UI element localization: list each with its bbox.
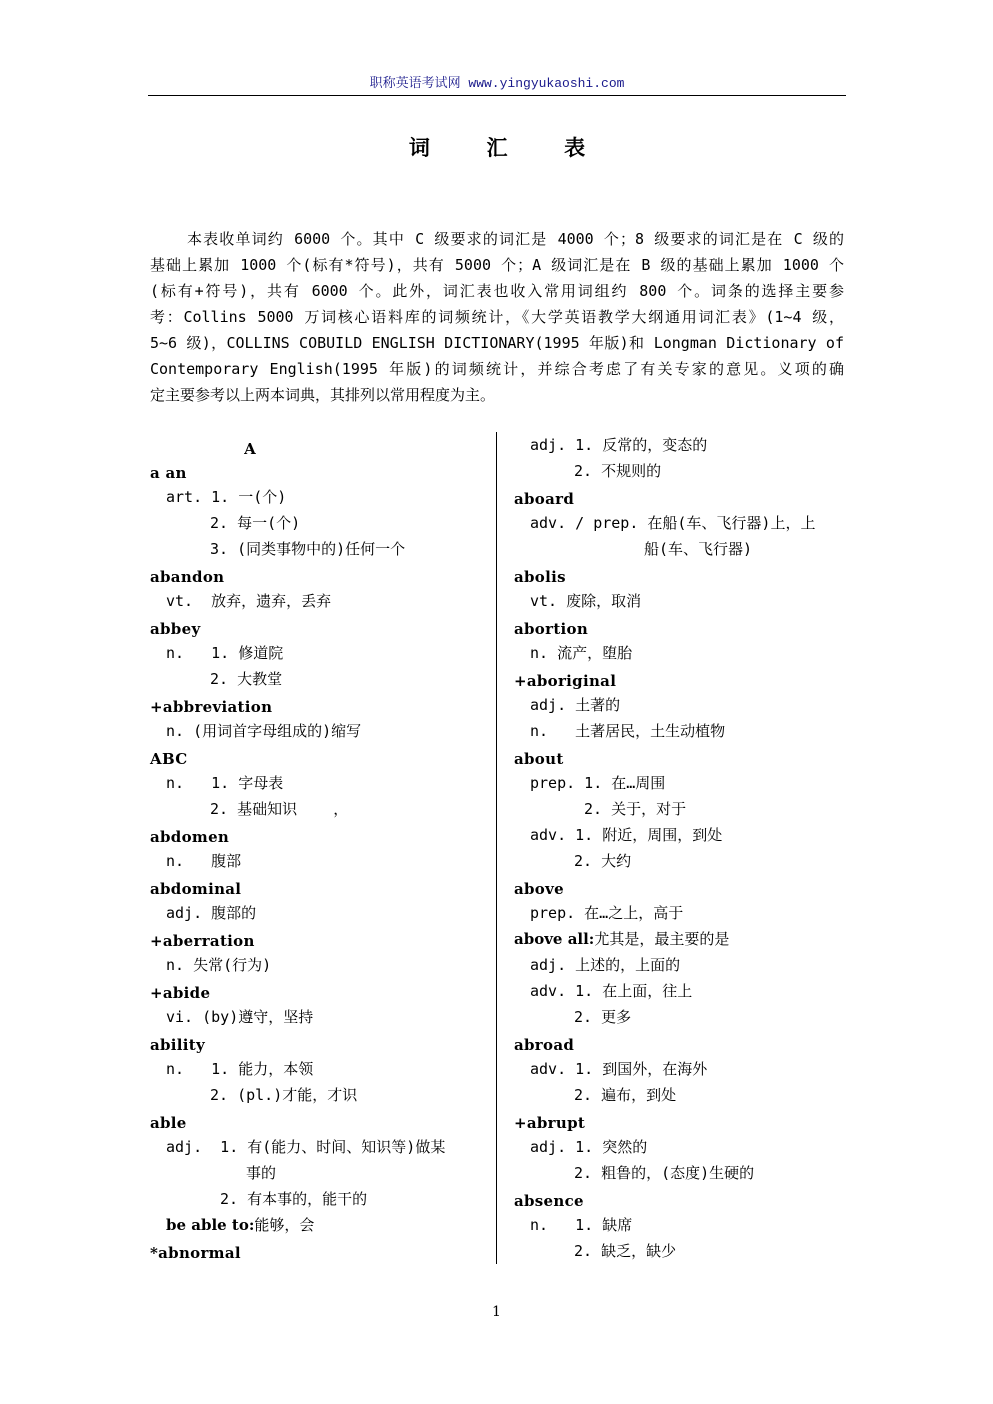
definition-line: vt. 放弃，遗弃，丢弃 <box>150 588 490 614</box>
definition-line: 2. (pl.)才能，才识 <box>150 1082 490 1108</box>
definition-line: prep. 在…之上，高于 <box>514 900 844 926</box>
vocab-entry: abbeyn. 1. 修道院2. 大教堂 <box>150 618 490 692</box>
headword: +abbreviation <box>150 696 490 718</box>
vocab-entry: abroadadv. 1. 到国外，在海外2. 遍布，到处 <box>514 1034 844 1108</box>
definition-line: 船(车、飞行器) <box>514 536 844 562</box>
definition-line: n. 1. 缺席 <box>514 1212 844 1238</box>
vocab-entry: a anart. 1. 一(个)2. 每一(个)3. (同类事物中的)任何一个 <box>150 462 490 562</box>
definition-line: n. 1. 字母表 <box>150 770 490 796</box>
intro-paragraph: 本表收单词约 6000 个。其中 C 级要求的词汇是 4000 个；8 级要求的… <box>150 226 844 408</box>
definition-line: 2. 有本事的，能干的 <box>150 1186 490 1212</box>
definition-line: n. (用词首字母组成的)缩写 <box>150 718 490 744</box>
definition-line: n. 1. 能力，本领 <box>150 1056 490 1082</box>
definition-line: adv. 1. 在上面，往上 <box>514 978 844 1004</box>
headword: +aberration <box>150 930 490 952</box>
vocab-column-left: A a anart. 1. 一(个)2. 每一(个)3. (同类事物中的)任何一… <box>150 432 490 1268</box>
definition-line: 2. 缺乏，缺少 <box>514 1238 844 1264</box>
definition-line: 2. 每一(个) <box>150 510 490 536</box>
vocab-entry: adj. 1. 反常的，变态的2. 不规则的 <box>514 432 844 484</box>
vocab-entry: ableadj. 1. 有(能力、时间、知识等)做某事的2. 有本事的，能干的b… <box>150 1112 490 1238</box>
definition-line: 2. 大约 <box>514 848 844 874</box>
section-letter: A <box>150 436 350 462</box>
definition-line: adj. 1. 突然的 <box>514 1134 844 1160</box>
definition-line: 2. 遍布，到处 <box>514 1082 844 1108</box>
phrase-term: above all: <box>514 930 594 948</box>
definition-line: 2. 不规则的 <box>514 458 844 484</box>
intro-line: 考：Collins 5000 万词核心语料库的词频统计，《大学英语教学大纲通用词… <box>150 304 844 330</box>
site-name: 职称英语考试网 <box>370 76 461 91</box>
headword: absence <box>514 1190 844 1212</box>
vocab-entry: aboardadv. / prep. 在船(车、飞行器)上，上船(车、飞行器) <box>514 488 844 562</box>
headword: abortion <box>514 618 844 640</box>
vocab-entry: +aberrationn. 失常(行为) <box>150 930 490 978</box>
vocab-entry: aboutprep. 1. 在…周围2. 关于，对于adv. 1. 附近，周围，… <box>514 748 844 874</box>
vocab-entry: absencen. 1. 缺席2. 缺乏，缺少 <box>514 1190 844 1264</box>
definition-line: vi. (by)遵守，坚持 <box>150 1004 490 1030</box>
intro-line: (标有+符号)，共有 6000 个。此外，词汇表也收入常用词组约 800 个。词… <box>150 278 844 304</box>
definition-line: vt. 废除，取消 <box>514 588 844 614</box>
definition-line: n. 失常(行为) <box>150 952 490 978</box>
definition-line: n. 土著居民，土生动植物 <box>514 718 844 744</box>
headword: abdominal <box>150 878 490 900</box>
column-divider <box>496 432 497 1264</box>
headword: abdomen <box>150 826 490 848</box>
vocab-entry: +abidevi. (by)遵守，坚持 <box>150 982 490 1030</box>
definition-line: 2. 大教堂 <box>150 666 490 692</box>
headword: ABC <box>150 748 490 770</box>
vocab-entry: +abruptadj. 1. 突然的2. 粗鲁的，(态度)生硬的 <box>514 1112 844 1186</box>
phrase-meaning: 尤其是，最主要的是 <box>594 930 729 948</box>
headword: +aboriginal <box>514 670 844 692</box>
page-header: 职称英语考试网 www.yingyukaoshi.com <box>148 72 846 91</box>
vocab-entry: aboveprep. 在…之上，高于above all:尤其是，最主要的是adj… <box>514 878 844 1030</box>
page-number: 1 <box>0 1304 993 1320</box>
vocab-entry: abandonvt. 放弃，遗弃，丢弃 <box>150 566 490 614</box>
definition-line: adj. 1. 有(能力、时间、知识等)做某 <box>150 1134 490 1160</box>
phrase-line: above all:尤其是，最主要的是 <box>514 926 844 952</box>
page-title: 词 汇 表 <box>148 132 846 162</box>
headword: a an <box>150 462 490 484</box>
definition-line: adj. 土著的 <box>514 692 844 718</box>
headword: about <box>514 748 844 770</box>
headword: abroad <box>514 1034 844 1056</box>
definition-line: adv. 1. 附近，周围，到处 <box>514 822 844 848</box>
definition-line: 3. (同类事物中的)任何一个 <box>150 536 490 562</box>
intro-line: 定主要参考以上两本词典，其排列以常用程度为主。 <box>150 382 844 408</box>
headword: +abide <box>150 982 490 1004</box>
intro-line: 本表收单词约 6000 个。其中 C 级要求的词汇是 4000 个；8 级要求的… <box>150 226 844 252</box>
headword: +abrupt <box>514 1112 844 1134</box>
headword: *abnormal <box>150 1242 490 1264</box>
definition-line: n. 腹部 <box>150 848 490 874</box>
vocab-entry: abortionn. 流产，堕胎 <box>514 618 844 666</box>
vocab-entry: +aboriginaladj. 土著的n. 土著居民，土生动植物 <box>514 670 844 744</box>
definition-line: adj. 上述的，上面的 <box>514 952 844 978</box>
header-rule <box>148 95 846 96</box>
definition-line: art. 1. 一(个) <box>150 484 490 510</box>
vocab-entry: abolisvt. 废除，取消 <box>514 566 844 614</box>
phrase-term: be able to: <box>166 1216 254 1234</box>
intro-line: 基础上累加 1000 个(标有*符号)，共有 5000 个；A 级词汇是在 B … <box>150 252 844 278</box>
definition-line: adv. 1. 到国外，在海外 <box>514 1056 844 1082</box>
definition-line: n. 流产，堕胎 <box>514 640 844 666</box>
vocab-column-right: adj. 1. 反常的，变态的2. 不规则的aboardadv. / prep.… <box>514 432 844 1268</box>
vocab-entry: abilityn. 1. 能力，本领2. (pl.)才能，才识 <box>150 1034 490 1108</box>
vocab-entry: +abbreviationn. (用词首字母组成的)缩写 <box>150 696 490 744</box>
phrase-meaning: 能够，会 <box>254 1216 314 1234</box>
vocab-entry: *abnormal <box>150 1242 490 1264</box>
definition-line: 2. 关于，对于 <box>514 796 844 822</box>
vocab-entry: ABCn. 1. 字母表2. 基础知识 ， <box>150 748 490 822</box>
vocab-entry: abdomenn. 腹部 <box>150 826 490 874</box>
headword: ability <box>150 1034 490 1056</box>
headword: aboard <box>514 488 844 510</box>
definition-line: adv. / prep. 在船(车、飞行器)上，上 <box>514 510 844 536</box>
headword: above <box>514 878 844 900</box>
headword: abolis <box>514 566 844 588</box>
vocab-entry: abdominaladj. 腹部的 <box>150 878 490 926</box>
definition-line: 2. 基础知识 ， <box>150 796 490 822</box>
definition-line: adj. 1. 反常的，变态的 <box>514 432 844 458</box>
definition-line: 事的 <box>150 1160 490 1186</box>
definition-line: prep. 1. 在…周围 <box>514 770 844 796</box>
definition-line: adj. 腹部的 <box>150 900 490 926</box>
phrase-line: be able to:能够，会 <box>150 1212 490 1238</box>
definition-line: n. 1. 修道院 <box>150 640 490 666</box>
site-url[interactable]: www.yingyukaoshi.com <box>468 76 624 91</box>
headword: able <box>150 1112 490 1134</box>
intro-line: Contemporary English(1995 年版)的词频统计，并综合考虑… <box>150 356 844 382</box>
definition-line: 2. 更多 <box>514 1004 844 1030</box>
definition-line: 2. 粗鲁的，(态度)生硬的 <box>514 1160 844 1186</box>
headword: abandon <box>150 566 490 588</box>
intro-line: 5~6 级)，COLLINS COBUILD ENGLISH DICTIONAR… <box>150 330 844 356</box>
headword: abbey <box>150 618 490 640</box>
